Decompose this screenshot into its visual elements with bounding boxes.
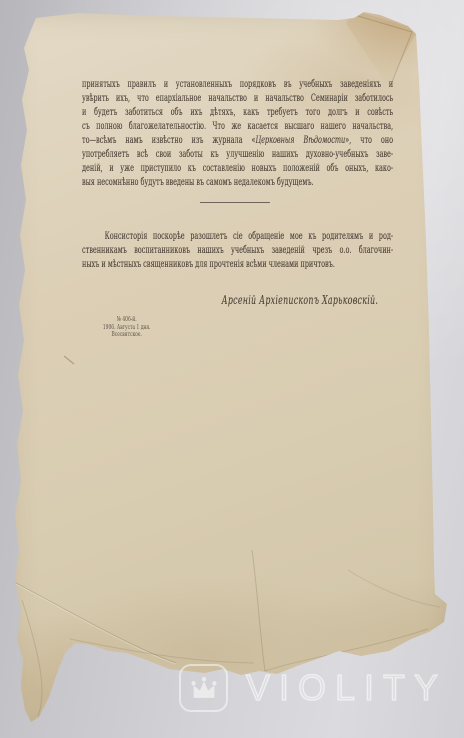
- paragraph1-line-journal: то—всѣмъ намъ извѣстно изъ журнала «Церк…: [82, 134, 393, 148]
- photo-surface: принятыхъ правилъ и установленныхъ поряд…: [0, 0, 464, 738]
- journal-title: Церковныя Вѣдомости: [255, 135, 345, 146]
- signature-line: Арсеній Архіепископъ Харьковскій.: [82, 293, 393, 307]
- paragraph1-line: увѣрить ихъ, что епархіальное начальство…: [82, 92, 393, 106]
- paragraph1-line: выя несомнѣнно будутъ введены въ самомъ …: [82, 176, 393, 190]
- watermark-text: VIOLITY: [246, 664, 447, 712]
- reference-block: № 406-й. 1906. Августа 1 дня. Всесвятско…: [88, 316, 166, 338]
- paragraph1-line: употребляетъ всѣ свои заботы къ улучшені…: [82, 148, 393, 162]
- violity-watermark: VIOLITY: [179, 664, 447, 712]
- document-text: принятыхъ правилъ и установленныхъ поряд…: [82, 78, 393, 338]
- paragraph1-line: съ полною благожелательностію. Что же ка…: [82, 120, 393, 134]
- line-text: то—всѣмъ намъ извѣстно изъ журнала «: [82, 135, 255, 146]
- paragraph1-line: принятыхъ правилъ и установленныхъ поряд…: [82, 78, 393, 92]
- crown-icon: [179, 664, 228, 712]
- section-divider: [200, 202, 270, 203]
- paragraph2-line: ныхъ и мѣстныхъ священниковъ для прочтен…: [82, 258, 393, 272]
- paragraph1-line: и будетъ заботиться объ ихъ дѣтяхъ, какъ…: [82, 106, 393, 120]
- paragraph2-line: Консисторія поскорѣе разошлетъ сіе обращ…: [82, 230, 393, 244]
- reference-place: Всесвятское.: [88, 331, 166, 338]
- document-page: принятыхъ правилъ и установленныхъ поряд…: [8, 10, 448, 724]
- paragraph2-line: ственникамъ воспитанниковъ нашихъ учебны…: [82, 244, 393, 258]
- line-text: », что оно: [345, 135, 393, 146]
- paragraph1-line: деній, и уже приступило къ составленію н…: [82, 162, 393, 176]
